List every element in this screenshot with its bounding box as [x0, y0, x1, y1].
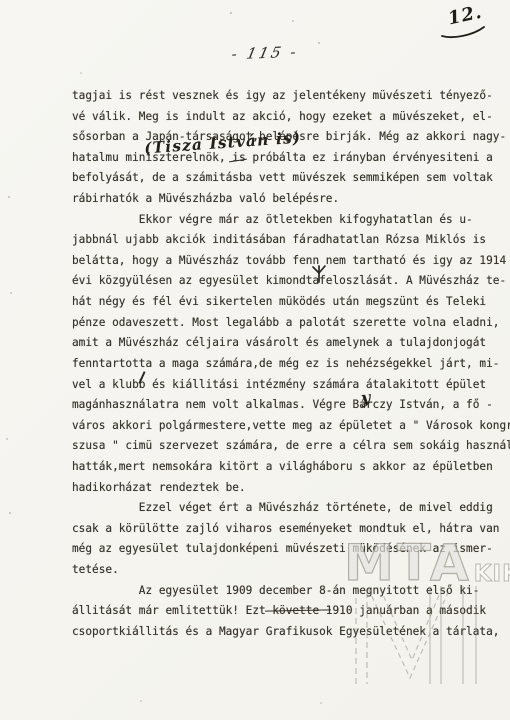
scanned-document-page: 12. - 115 - tagjai is rést vesznek és ig… [0, 0, 510, 720]
typed-line: tagjai is rést vesznek és igy az jelenté… [0, 86, 510, 107]
typed-line: szusa " cimü szervezet számára, de erre … [0, 436, 510, 457]
typed-line: Ekkor végre már az ötletekben kifogyhata… [0, 210, 510, 231]
typed-line: hadikorházat rendeztek be. [0, 478, 510, 499]
handwritten-overwritten-letter: y [360, 388, 371, 408]
typed-line: állitását már emlitettük! Ezt követte 19… [0, 601, 510, 622]
typed-line: vel a klubb és kiállitási intézmény szám… [0, 375, 510, 396]
typed-line: jabbnál ujabb akciók inditásában fáradha… [0, 230, 510, 251]
typed-line: belátta, hogy a Müvészház tovább fenn ne… [0, 251, 510, 272]
typed-line: vé válik. Meg is indult az akció, hogy e… [0, 107, 510, 128]
typed-line: tetése. [0, 560, 510, 581]
typed-line: fenntartotta a maga számára,de még ez is… [0, 354, 510, 375]
corner-page-index: 12. [448, 5, 482, 26]
typewritten-text-block: tagjai is rést vesznek és igy az jelenté… [0, 86, 510, 642]
typed-line: csoportkiállitás és a Magyar Grafikusok … [0, 622, 510, 643]
typed-line: még az egyesület tulajdonképeni müvészet… [0, 539, 510, 560]
typed-line: hát négy és fél évi sikertelen müködés u… [0, 292, 510, 313]
typed-line: évi közgyülésen az egyesület kimondtafel… [0, 271, 510, 292]
page-number: - 115 - [198, 42, 333, 65]
insertion-caret-mark [311, 264, 327, 284]
typed-line: csak a körülötte zajló viharos események… [0, 519, 510, 540]
typed-line: rábirhatók a Müvészházba való belépésre. [0, 189, 510, 210]
typed-line: hatták,mert nemsokára kitört a világhábo… [0, 457, 510, 478]
typed-line: hatalmu miniszterelnök, is próbálta ez i… [0, 148, 510, 169]
typed-line: Ezzel véget ért a Müvészház története, d… [0, 498, 510, 519]
corner-underline-stroke [440, 23, 488, 39]
typed-line: város akkori polgármestere,vette meg az … [0, 416, 510, 437]
typed-line: Az egyesület 1909 december 8-án megnyito… [0, 581, 510, 602]
typed-line: befolyását, de a számitásba vett müvésze… [0, 168, 510, 189]
typed-line: amit a Müvészház céljaira vásárolt és am… [0, 333, 510, 354]
scan-noise-specks [230, 12, 232, 14]
typed-line: pénze odaveszett. Most legalább a palotá… [0, 313, 510, 334]
typed-line: magánhasználatra nem volt alkalmas. Végr… [0, 395, 510, 416]
